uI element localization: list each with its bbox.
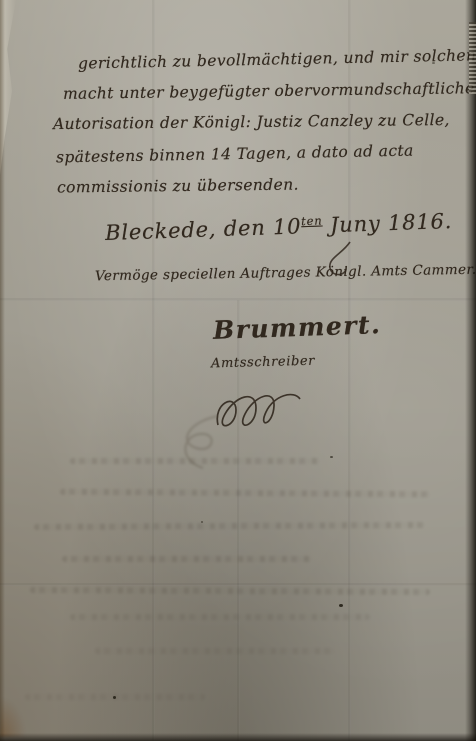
signature-name: Brummert. <box>213 310 382 345</box>
bleed-through-line <box>95 648 335 654</box>
paper-sheet: gerichtlich zu bevollmächtigen, und mir … <box>0 0 476 741</box>
handwritten-line: macht unter beygefügter obervormundschaf… <box>63 79 476 103</box>
bleed-through-line <box>34 522 424 530</box>
signature-title: Amtsschreiber <box>211 354 315 372</box>
handwritten-line: spätestens binnen 14 Tagen, a dato ad ac… <box>56 142 414 167</box>
photo-edge-right <box>465 0 476 741</box>
paper-speck <box>339 604 343 607</box>
paper-speck <box>113 696 116 699</box>
paper-speck <box>432 62 435 64</box>
dateline-text: Bleckede, den 10 <box>105 214 302 245</box>
handwritten-line: commissionis zu übersenden. <box>57 176 299 197</box>
fold-crease-horizontal <box>0 298 476 301</box>
manuscript-photo: gerichtlich zu bevollmächtigen, und mir … <box>0 0 476 741</box>
dateline-text: Juny 1816. <box>322 209 452 238</box>
bleed-through-line <box>70 458 320 464</box>
ordinal-superscript: ten <box>301 213 323 228</box>
paper-speck <box>201 521 203 523</box>
bleed-through-line <box>30 587 430 595</box>
photo-edge-bottom <box>0 733 476 741</box>
bleed-through-line <box>62 556 312 562</box>
binding-edge-texture <box>469 22 476 94</box>
fold-crease-horizontal <box>0 583 476 586</box>
handwritten-line: gerichtlich zu bevollmächtigen, und mir … <box>78 45 476 72</box>
photo-edge-left <box>0 0 5 741</box>
paper-speck <box>330 456 333 458</box>
handwritten-line: Autorisation der Königl: Justiz Canzley … <box>53 111 450 133</box>
fold-crease-vertical <box>152 0 155 741</box>
dateline: Bleckede, den 10ten Juny 1816. <box>105 209 453 245</box>
bleed-through-line <box>70 614 370 620</box>
bleed-through-line <box>60 489 430 498</box>
